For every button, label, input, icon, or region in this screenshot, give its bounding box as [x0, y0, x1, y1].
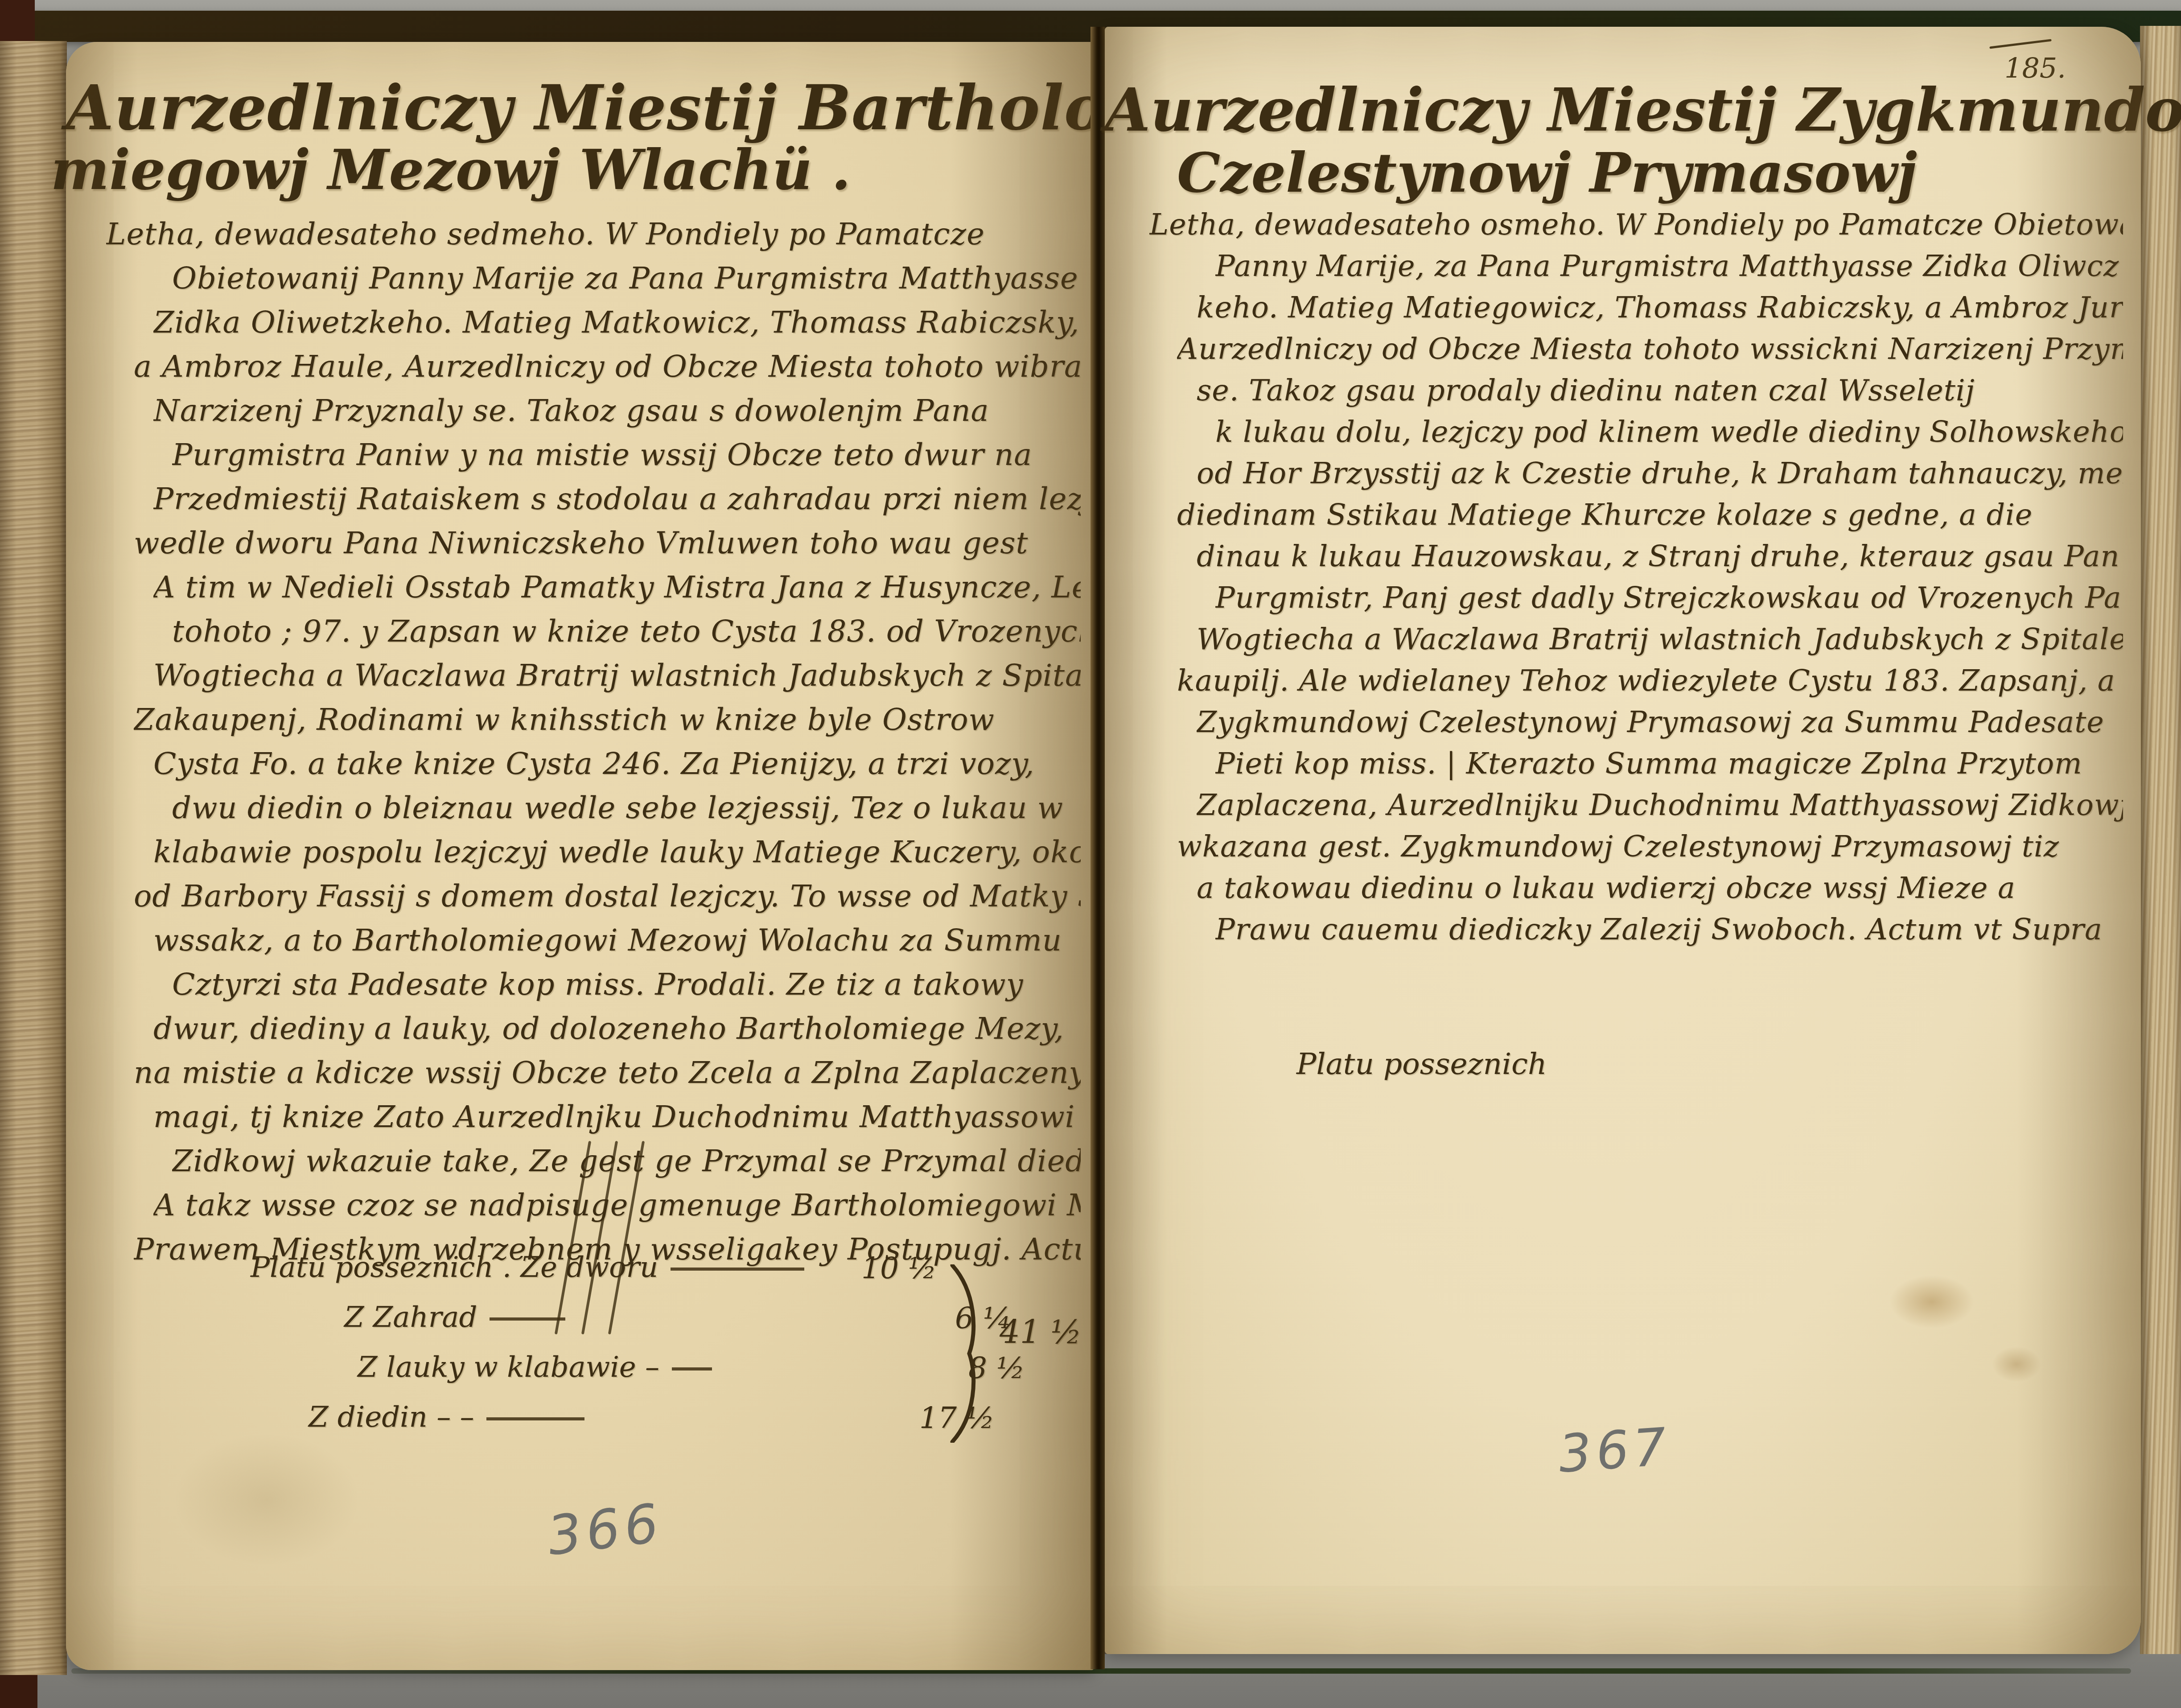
manuscript-line: Purgmistra Paniw y na mistie wssij Obcze…	[172, 433, 1081, 477]
manuscript-line: Letha, dewadesateho osmeho. W Pondiely p…	[1149, 204, 2123, 246]
manuscript-line: Cztyrzi sta Padesate kop miss. Prodali. …	[172, 963, 1081, 1007]
manuscript-line: se. Takoz gsau prodaly diedinu naten cza…	[1197, 370, 2123, 412]
payment-value: 6 ¼	[955, 1301, 1012, 1335]
payment-label: Z diedin – –	[309, 1401, 474, 1434]
payment-row: Z lauky w klabawie –8 ½	[358, 1351, 1098, 1401]
manuscript-line: dwu diedin o bleiznau wedle sebe lezjess…	[172, 786, 1081, 830]
paper-stain	[173, 1433, 360, 1567]
paper-stain	[1889, 1275, 1974, 1329]
manuscript-line: magi, tj knize Zato Aurzedlnjku Duchodni…	[153, 1095, 1081, 1139]
manuscript-line: Cysta Fo. a take knize Cysta 246. Za Pie…	[153, 742, 1081, 786]
manuscript-scan: Aurzedlniczy Miestij Bartholo, miegowj M…	[0, 0, 2181, 1708]
ink-folio-number: 185.	[2004, 52, 2066, 84]
manuscript-line: na mistie a kdicze wssij Obcze teto Zcel…	[134, 1051, 1081, 1095]
manuscript-line: Przedmiestij Rataiskem s stodolau a zahr…	[153, 477, 1081, 521]
manuscript-line: od Hor Brzysstij az k Czestie druhe, k D…	[1197, 453, 2123, 494]
leader-dash	[672, 1367, 712, 1371]
manuscript-line: keho. Matieg Matiegowicz, Thomass Rabicz…	[1197, 287, 2123, 329]
manuscript-line: k lukau dolu, lezjczy pod klinem wedle d…	[1215, 412, 2123, 453]
manuscript-line: Zakaupenj, Rodinami w knihsstich w knize…	[134, 698, 1081, 742]
heading-line: miegowj Mezowj Wlachü .	[0, 138, 965, 202]
payment-value: 17 ½	[919, 1401, 995, 1435]
page-stack-right-edge	[2140, 26, 2181, 1654]
manuscript-line: Zidkowj wkazuie take, Ze gest ge Przymal…	[172, 1139, 1081, 1183]
manuscript-line: klabawie pospolu lezjczyj wedle lauky Ma…	[153, 830, 1081, 874]
manuscript-line: wssakz, a to Bartholomiegowi Mezowj Wola…	[153, 918, 1081, 963]
manuscript-line: Letha, dewadesateho sedmeho. W Pondiely …	[106, 212, 1081, 256]
manuscript-line: Wogtiecha a Waczlawa Bratrij wlastnich J…	[1197, 619, 2123, 660]
payment-row: Z diedin – –17 ½	[309, 1401, 1098, 1451]
payment-label: Z lauky w klabawie –	[358, 1351, 659, 1384]
heading-line: Czelestynowj Prymasowj	[1029, 140, 2065, 205]
manuscript-line: dinau k lukau Hauzowskau, z Stranj druhe…	[1197, 536, 2123, 577]
manuscript-line: Prawu cauemu diediczky Zalezij Swoboch. …	[1215, 909, 2123, 951]
sum-brace	[946, 1264, 986, 1443]
left-page-heading: Aurzedlniczy Miestij Bartholo, miegowj M…	[66, 71, 1094, 202]
left-page-body-text: Letha, dewadesateho sedmeho. W Pondiely …	[104, 212, 1081, 1272]
pen-flourish-strokes	[545, 1140, 679, 1345]
manuscript-line: Purgmistr, Panj gest dadly Strejczkowska…	[1215, 577, 2123, 619]
manuscript-line: Prawem Miestkym wdrzebnem y wsseligakey …	[134, 1227, 1081, 1272]
manuscript-line: Obietowanij Panny Marije za Pana Purgmis…	[172, 256, 1081, 300]
heading-line: Aurzedlniczy Miestij Bartholo,	[66, 71, 1094, 144]
manuscript-line: wkazana gest. Zygkmundowj Czelestynowj P…	[1177, 826, 2123, 868]
right-page: 185. Aurzedlniczy Miestij Zygkmundowj Cz…	[1105, 27, 2141, 1654]
manuscript-line: a Ambroz Haule, Aurzedlniczy od Obcze Mi…	[134, 345, 1081, 389]
leader-dash	[671, 1268, 804, 1271]
payment-label: Platu posseznich . Ze dworu	[251, 1251, 658, 1284]
left-page: Aurzedlniczy Miestij Bartholo, miegowj M…	[66, 42, 1094, 1670]
manuscript-line: Pieti kop miss. | Kterazto Summa magicze…	[1215, 743, 2123, 785]
right-page-heading: Aurzedlniczy Miestij Zygkmundowj Czelest…	[1105, 76, 2141, 205]
book-gutter	[1090, 27, 1105, 1669]
manuscript-line: Zidka Oliwetzkeho. Matieg Matkowicz, Tho…	[153, 300, 1081, 345]
manuscript-line: A tim w Nedieli Osstab Pamatky Mistra Ja…	[153, 565, 1081, 609]
manuscript-line: tohoto ; 97. y Zapsan w knize teto Cysta…	[172, 609, 1081, 654]
manuscript-line: Zygkmundowj Czelestynowj Prymasowj za Su…	[1197, 702, 2123, 743]
paper-stain	[1992, 1346, 2041, 1382]
manuscript-line: a takowau diedinu o lukau wdierzj obcze …	[1197, 868, 2123, 909]
heading-line: Aurzedlniczy Miestij Zygkmundowj	[1105, 76, 2141, 145]
manuscript-line: Panny Marije, za Pana Purgmistra Matthya…	[1215, 246, 2123, 287]
payment-row: Platu posseznich . Ze dworu10 ½	[251, 1251, 1098, 1301]
pencil-folio-number: 367	[1557, 1416, 1673, 1484]
right-page-footer-line: Platu posseznich	[1296, 1047, 1547, 1081]
payment-row: Z Zahrad6 ¼	[344, 1301, 1098, 1351]
manuscript-line: Zaplaczena, Aurzedlnijku Duchodnimu Matt…	[1197, 785, 2123, 826]
manuscript-line: Aurzedlniczy od Obcze Miesta tohoto wssi…	[1177, 329, 2123, 370]
page-stack-left-edge	[0, 41, 67, 1675]
payment-value: 8 ½	[968, 1351, 1025, 1385]
right-page-body-text: Letha, dewadesateho osmeho. W Pondiely p…	[1148, 204, 2123, 951]
leader-dash	[490, 1317, 565, 1321]
manuscript-line: A takz wsse czoz se nadpisuge gmenuge Ba…	[153, 1183, 1081, 1227]
manuscript-line: od Barbory Fassij s domem dostal lezjczy…	[134, 874, 1081, 918]
manuscript-line: dwur, diediny a lauky, od dolozeneho Bar…	[153, 1007, 1081, 1051]
manuscript-line: kaupilj. Ale wdielaney Tehoz wdiezylete …	[1177, 660, 2123, 702]
pencil-folio-number: 366	[544, 1492, 666, 1568]
payment-value: 10 ½	[861, 1251, 937, 1285]
payments-rows: Platu posseznich . Ze dworu10 ½ Z Zahrad…	[251, 1251, 1098, 1451]
manuscript-line: Narzizenj Przyznaly se. Takoz gsau s dow…	[153, 389, 1081, 433]
manuscript-line: diedinam Sstikau Matiege Khurcze kolaze …	[1177, 494, 2123, 536]
leader-dash	[486, 1417, 584, 1420]
payments-summary: Platu posseznich . Ze dworu10 ½ Z Zahrad…	[251, 1251, 1098, 1451]
payment-label: Z Zahrad	[344, 1301, 477, 1334]
manuscript-line: Wogtiecha a Waczlawa Bratrij wlastnich J…	[153, 654, 1081, 698]
manuscript-line: wedle dworu Pana Niwniczskeho Vmluwen to…	[134, 521, 1081, 565]
